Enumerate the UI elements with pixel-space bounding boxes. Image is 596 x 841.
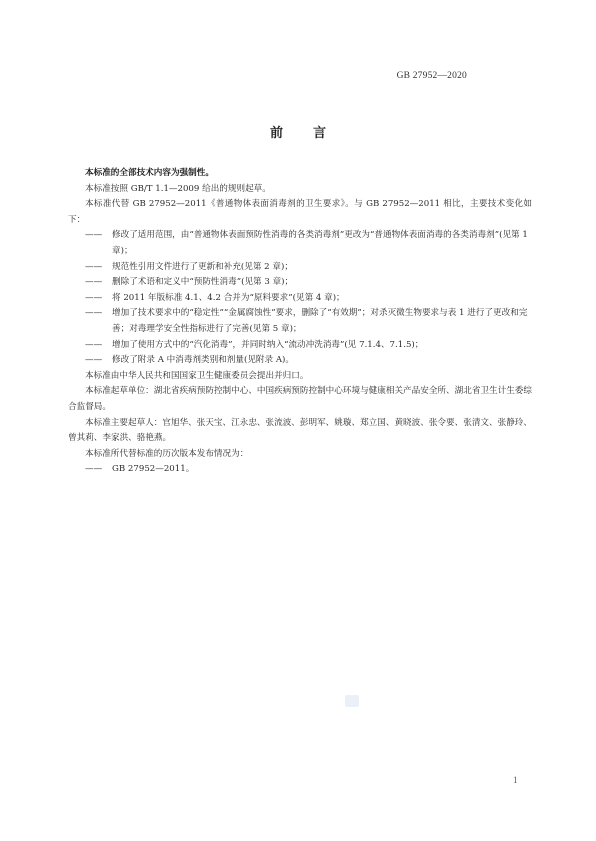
watermark-icon xyxy=(345,695,359,707)
dash-marker: —— xyxy=(85,306,112,322)
drafters-paragraph: 本标准主要起草人：官旭华、张天宝、江永忠、张流波、彭明军、姚璇、郑立国、黄晓波、… xyxy=(68,416,532,447)
change-item: ——删除了术语和定义中“预防性消毒”(见第 3 章)； xyxy=(85,275,532,291)
history-item: ——GB 27952—2011。 xyxy=(85,462,532,478)
title-char-2: 言 xyxy=(313,122,326,141)
mandatory-statement: 本标准的全部技术内容为强制性。 xyxy=(68,166,532,182)
change-item: ——增加了使用方式中的“汽化消毒”，并同时纳入“流动冲洗消毒”(见 7.1.4、… xyxy=(85,338,532,354)
drafting-rules-paragraph: 本标准按照 GB/T 1.1—2009 给出的规则起草。 xyxy=(68,182,532,198)
dash-marker: —— xyxy=(85,353,112,369)
title-char-1: 前 xyxy=(270,122,283,141)
dash-marker: —— xyxy=(85,291,112,307)
drafting-units-paragraph: 本标准起草单位：湖北省疾病预防控制中心、中国疾病预防控制中心环境与健康相关产品安… xyxy=(68,384,532,415)
page-title: 前言 xyxy=(0,122,596,141)
change-item: ——修改了适用范围，由“普通物体表面预防性消毒的各类消毒剂”更改为“普通物体表面… xyxy=(85,228,532,259)
change-item: ——修改了附录 A 中消毒剂类别和剂量(见附录 A)。 xyxy=(85,353,532,369)
replacement-paragraph: 本标准代替 GB 27952—2011《普通物体表面消毒剂的卫生要求》。与 GB… xyxy=(68,197,532,228)
proposed-by-paragraph: 本标准由中华人民共和国国家卫生健康委员会提出并归口。 xyxy=(68,369,532,385)
dash-marker: —— xyxy=(85,275,112,291)
change-item: ——规范性引用文件进行了更新和补充(见第 2 章)； xyxy=(85,260,532,276)
dash-marker: —— xyxy=(85,338,112,354)
history-paragraph: 本标准所代替标准的历次版本发布情况为： xyxy=(68,447,532,463)
standard-number: GB 27952—2020 xyxy=(397,71,467,81)
change-item: ——增加了技术要求中的“稳定性”“金属腐蚀性”要求，删除了“有效期”；对杀灭微生… xyxy=(85,306,532,337)
page-number: 1 xyxy=(513,775,518,785)
foreword-body: 本标准的全部技术内容为强制性。 本标准按照 GB/T 1.1—2009 给出的规… xyxy=(68,166,532,478)
dash-marker: —— xyxy=(85,462,112,478)
dash-marker: —— xyxy=(85,260,112,276)
change-item: ——将 2011 年版标准 4.1、4.2 合并为“原料要求”(见第 4 章)； xyxy=(85,291,532,307)
dash-marker: —— xyxy=(85,228,112,244)
